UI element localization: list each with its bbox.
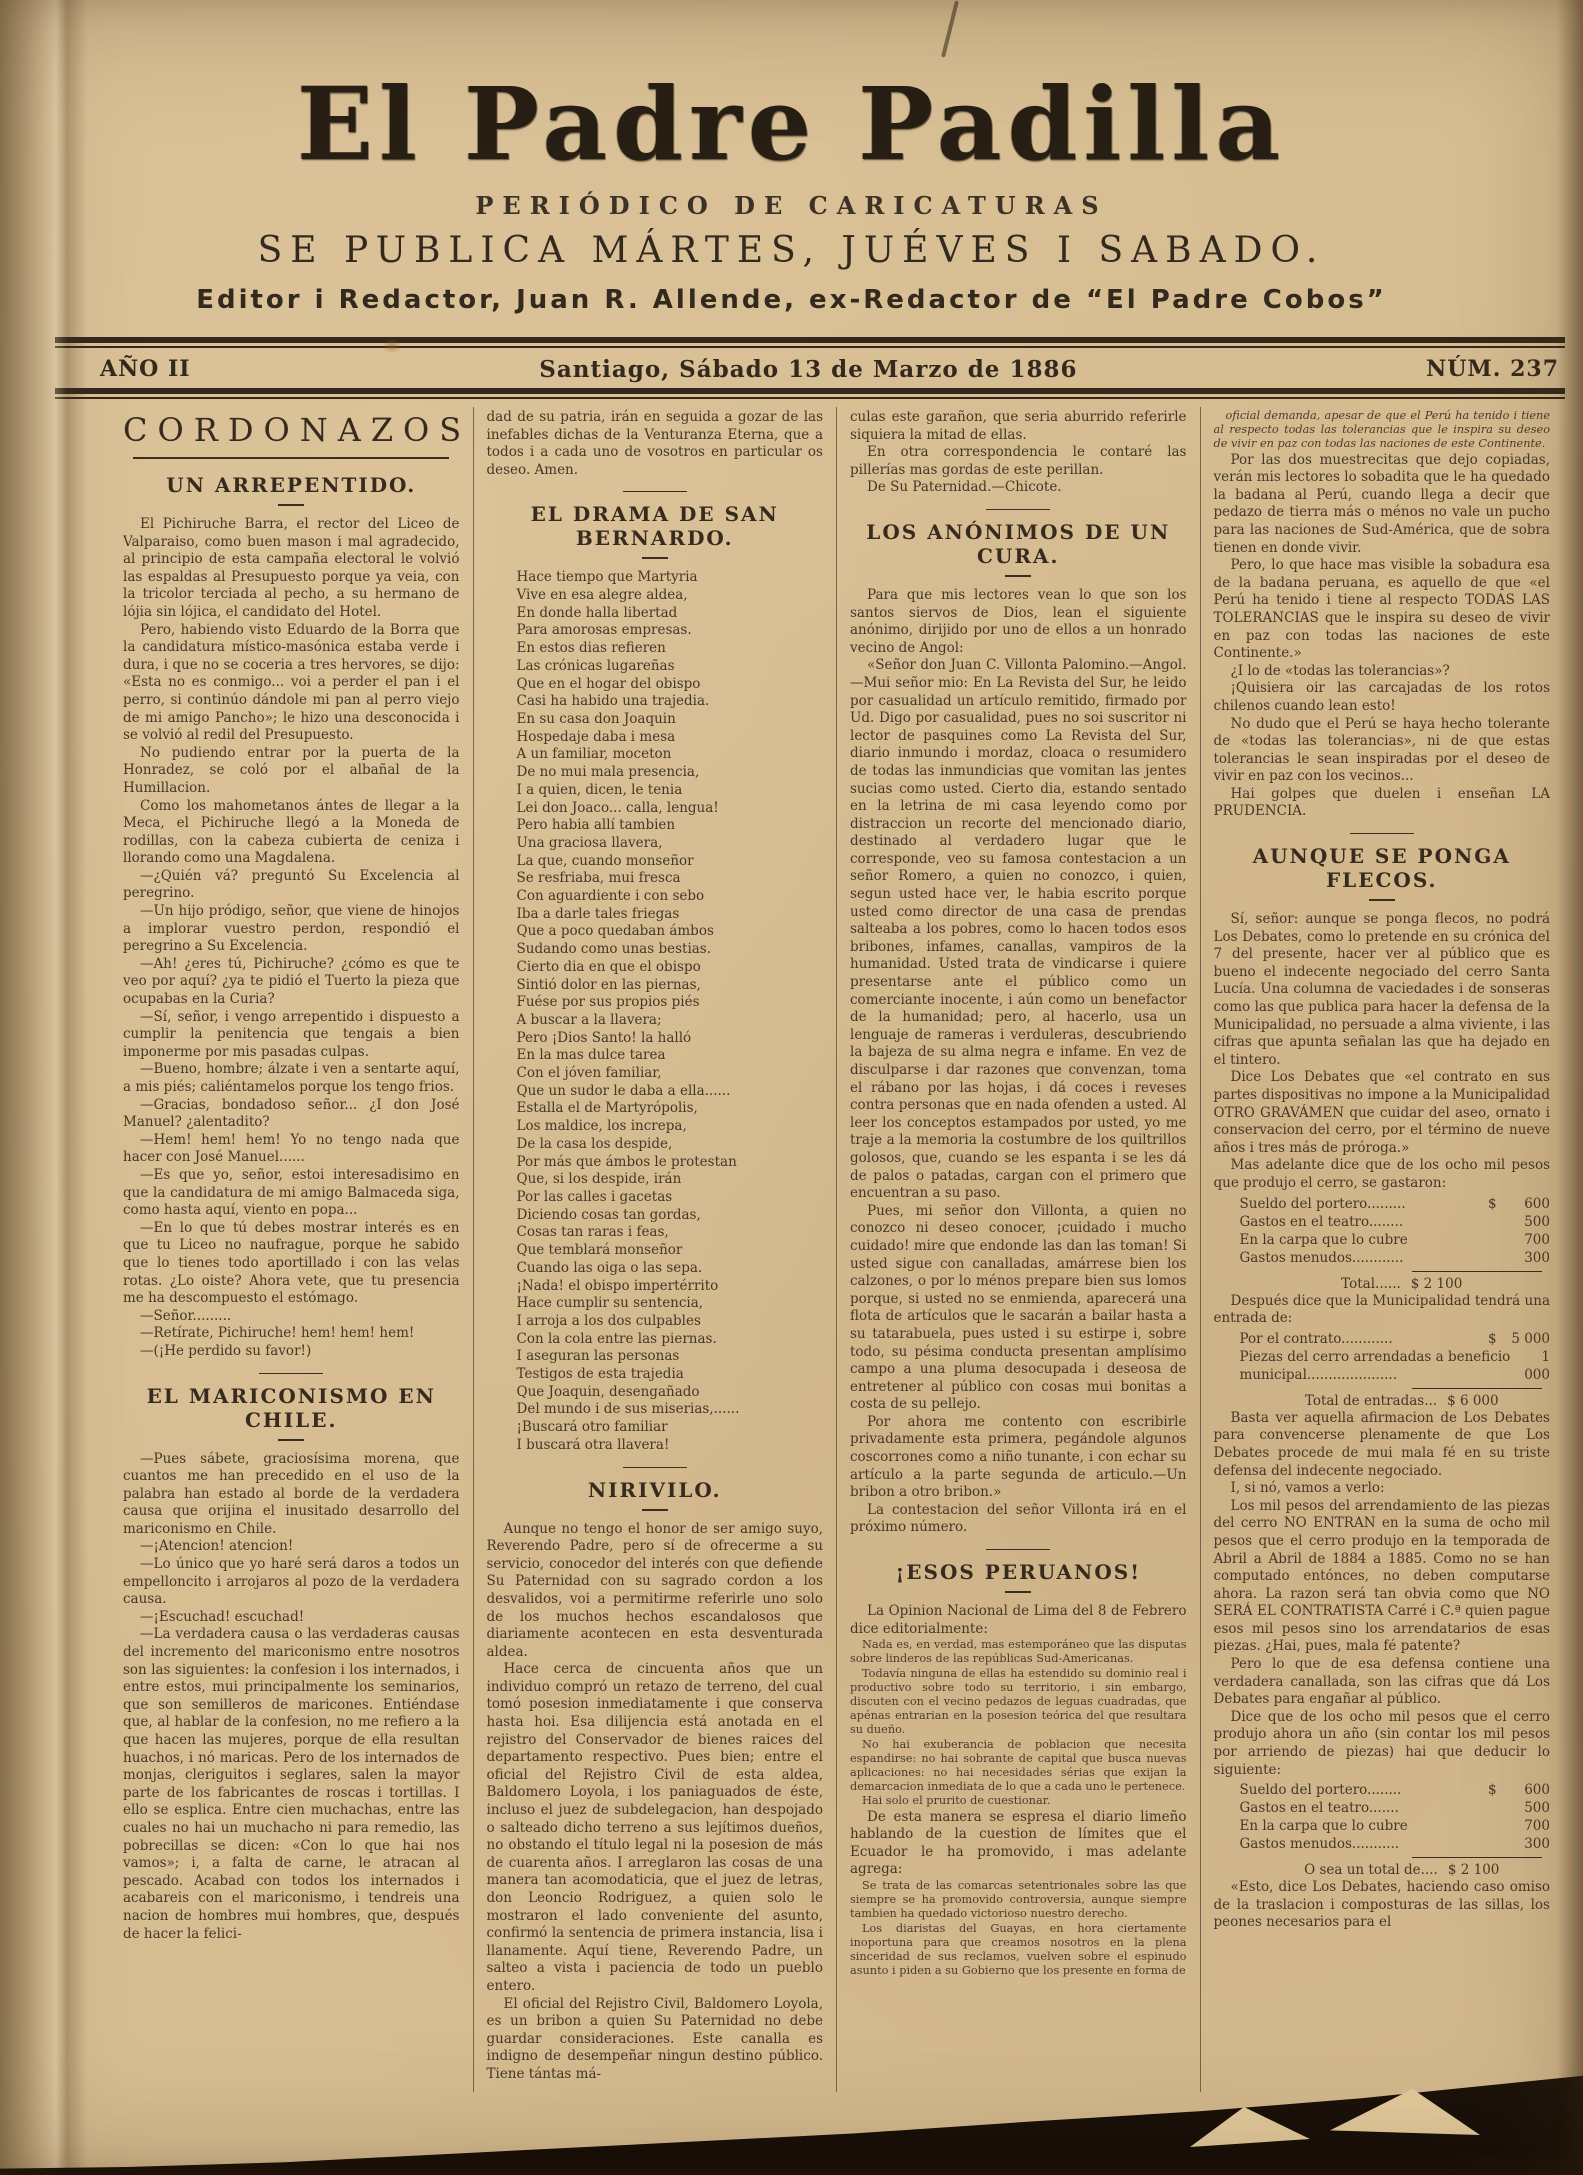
paper-subtitle: PERIÓDICO DE CARICATURAS — [0, 191, 1583, 220]
top-rule — [55, 337, 1565, 348]
ledger-label: Gastos menudos........... — [1240, 1835, 1489, 1853]
ledger-currency: $ — [1488, 1330, 1504, 1348]
ledger-label: En la carpa que lo cubre — [1240, 1231, 1489, 1249]
ledger-total: Total......$ 2 100 — [1214, 1275, 1551, 1293]
paragraph: «Señor don Juan C. Villonta Palomino.—An… — [850, 657, 1187, 1202]
column-2: dad de su patria, irán en seguida a goza… — [473, 407, 837, 2092]
paragraph: Sí, señor: aunque se ponga flecos, no po… — [1214, 911, 1551, 1069]
dateline: AÑO II Santiago, Sábado 13 de Marzo de 1… — [100, 352, 1559, 386]
paragraph: —Ah! ¿eres tú, Pichiruche? ¿cómo es que … — [123, 956, 460, 1009]
verse-line: Que, si los despide, irán — [487, 1171, 824, 1189]
ledger-label: Por el contrato............ — [1240, 1330, 1489, 1348]
fine-print-paragraph: Todavía ninguna de ellas ha estendido su… — [850, 1667, 1187, 1738]
ledger-label: Gastos en el teatro........ — [1240, 1213, 1489, 1231]
ledger-label: Piezas del cerro arrendadas a beneficio … — [1240, 1348, 1512, 1384]
paragraph: De Su Paternidad.—Chicote. — [850, 479, 1187, 497]
section-title: ¡ESOS PERUANOS! — [850, 1560, 1187, 1584]
verse-line: De no mui mala presencia, — [487, 764, 824, 782]
paragraph: Como los mahometanos ántes de llegar a l… — [123, 798, 460, 868]
paragraph: Hai golpes que duelen i enseñan LA PRUDE… — [1214, 786, 1551, 821]
ledger-row: Gastos menudos............300 — [1214, 1249, 1551, 1267]
paragraph: En otra correspondencia le contaré las p… — [850, 444, 1187, 479]
ledger-amount: 600 — [1504, 1195, 1550, 1213]
ledger-currency: $ — [1488, 1195, 1504, 1213]
paragraph: Mas adelante dice que de los ocho mil pe… — [1214, 1157, 1551, 1192]
verse-line: Testigos de esta trajedia — [487, 1366, 824, 1384]
verse-line: Sintió dolor en las piernas, — [487, 977, 824, 995]
column-3: culas este garañon, que seria aburrido r… — [836, 407, 1200, 2092]
ledger-row: Por el contrato............$5 000 — [1214, 1330, 1551, 1348]
verse-line: Una graciosa llavera, — [487, 835, 824, 853]
verse-line: Diciendo cosas tan gordas, — [487, 1207, 824, 1225]
paragraph: El oficial del Rejistro Civil, Baldomero… — [487, 1996, 824, 2084]
section-dash — [278, 504, 304, 506]
paragraph: Basta ver aquella afirmacion de Los Deba… — [1214, 1410, 1551, 1480]
fine-print-paragraph: No hai exuberancia de poblacion que nece… — [850, 1738, 1187, 1795]
paragraph: —(¡He perdido su favor!) — [123, 1343, 460, 1361]
paragraph: Dice que de los ocho mil pesos que el ce… — [1214, 1709, 1551, 1779]
paragraph: —¡Atencion! atencion! — [123, 1538, 460, 1556]
paragraph: La Opinion Nacional de Lima del 8 de Feb… — [850, 1603, 1187, 1638]
paragraph: Hace cerca de cincuenta años que un indi… — [487, 1661, 824, 1995]
paragraph: —Sí, señor, i vengo arrepentido i dispue… — [123, 1009, 460, 1062]
continuation-paragraph: culas este garañon, que seria aburrido r… — [850, 409, 1187, 444]
verse-line: Hace tiempo que Martyria — [487, 569, 824, 587]
ledger-amount: 5 000 — [1504, 1330, 1550, 1348]
verse-line: Cuando las oiga o las sepa. — [487, 1260, 824, 1278]
paragraph: ¿I lo de «todas las tolerancias»? — [1214, 663, 1551, 681]
paragraph: —Un hijo pródigo, señor, que viene de hi… — [123, 903, 460, 956]
paper-title: El Padre Padilla — [0, 0, 1583, 177]
ledger-total-amount: $ 6 000 — [1447, 1393, 1499, 1409]
verse-line: Con el jóven familiar, — [487, 1065, 824, 1083]
ledger-currency: $ — [1488, 1781, 1504, 1799]
ledger-total-label: Total...... — [1341, 1276, 1401, 1292]
ledger-amount: 1 000 — [1521, 1348, 1550, 1384]
ledger-row: Gastos menudos...........300 — [1214, 1835, 1551, 1853]
verse-line: I a quien, dicen, le tenia — [487, 782, 824, 800]
verse-line: Hospedaje daba i mesa — [487, 729, 824, 747]
ledger-row: En la carpa que lo cubre700 — [1214, 1231, 1551, 1249]
ledger-total-amount: $ 2 100 — [1411, 1276, 1463, 1292]
section-title: NIRIVILO. — [487, 1478, 824, 1502]
verse-line: La que, cuando monseñor — [487, 853, 824, 871]
section-divider — [623, 1467, 687, 1468]
verse-line: Los maldice, los increpa, — [487, 1118, 824, 1136]
verse-line: Iba a darle tales friegas — [487, 906, 824, 924]
paper-stain — [382, 338, 402, 354]
title-rule — [133, 457, 449, 459]
bottom-rule — [55, 388, 1565, 399]
ledger-amount: 300 — [1504, 1835, 1550, 1853]
verse-line: Hace cumplir su sentencia, — [487, 1295, 824, 1313]
section-divider — [623, 491, 687, 492]
column-4: oficial demanda, apesar de que el Perú h… — [1200, 407, 1564, 2092]
paragraph: Pero lo que de esa defensa contiene una … — [1214, 1656, 1551, 1709]
paragraph: Por ahora me contento con escribirle pri… — [850, 1414, 1187, 1502]
paragraph: De esta manera se espresa el diario lime… — [850, 1809, 1187, 1879]
ledger-row: En la carpa que lo cubre700 — [1214, 1817, 1551, 1835]
ledger-amount: 600 — [1504, 1781, 1550, 1799]
verse-line: I buscará otra llavera! — [487, 1437, 824, 1455]
paragraph: —Hem! hem! hem! Yo no tengo nada que hac… — [123, 1132, 460, 1167]
paragraph: —Es que yo, señor, estoi interesadisimo … — [123, 1167, 460, 1220]
paragraph: Pero, lo que hace mas visible la sobadur… — [1214, 557, 1551, 663]
verse-line: Que un sudor le daba a ella...... — [487, 1083, 824, 1101]
verse-line: Con la cola entre las piernas. — [487, 1331, 824, 1349]
issue-number: NÚM. 237 — [1426, 356, 1559, 382]
verse-line: A un familiar, moceton — [487, 746, 824, 764]
section-title: LOS ANÓNIMOS DE UN CURA. — [850, 520, 1187, 568]
verse-line: Las crónicas lugareñas — [487, 658, 824, 676]
article-title: CORDONAZOS. — [123, 411, 460, 449]
ledger-total-rule — [1412, 1388, 1542, 1389]
section-divider — [986, 509, 1050, 510]
verse-line: Con aguardiente i con sebo — [487, 888, 824, 906]
newspaper-page: { "masthead": { "title": "El Padre Padil… — [0, 0, 1583, 2175]
verse-line: Lei don Joaco... calla, lengua! — [487, 800, 824, 818]
ledger-row: Piezas del cerro arrendadas a beneficio … — [1214, 1348, 1551, 1384]
paragraph: Aunque no tengo el honor de ser amigo su… — [487, 1521, 824, 1662]
paragraph: Por las dos muestrecitas que dejo copiad… — [1214, 452, 1551, 558]
verse-line: I aseguran las personas — [487, 1348, 824, 1366]
section-dash — [1005, 575, 1031, 577]
verse-line: Por más que ámbos le protestan — [487, 1154, 824, 1172]
section-dash — [642, 557, 668, 559]
ledger-amount: 500 — [1504, 1213, 1550, 1231]
verse-line: Que Joaquin, desengañado — [487, 1384, 824, 1402]
ledger-total: O sea un total de....$ 2 100 — [1214, 1861, 1551, 1879]
paragraph: —Retírate, Pichiruche! hem! hem! hem! — [123, 1325, 460, 1343]
ledger-label: Gastos en el teatro....... — [1240, 1799, 1489, 1817]
verse-line: En su casa don Joaquin — [487, 711, 824, 729]
section-dash — [1369, 899, 1395, 901]
verse-line: Pero ¡Dios Santo! la halló — [487, 1030, 824, 1048]
ledger-amount: 700 — [1504, 1231, 1550, 1249]
verse-line: En estos dias refieren — [487, 640, 824, 658]
paragraph: Pues, mi señor don Villonta, a quien no … — [850, 1203, 1187, 1414]
ledger-total-rule — [1412, 1857, 1542, 1858]
paragraph: Pero, habiendo visto Eduardo de la Borra… — [123, 622, 460, 745]
paragraph: —¡Escuchad! escuchad! — [123, 1609, 460, 1627]
ledger-total: Total de entradas...$ 6 000 — [1214, 1392, 1551, 1410]
ledger-total-rule — [1412, 1271, 1542, 1272]
section-title: UN ARREPENTIDO. — [123, 473, 460, 497]
ledger-label: Sueldo del portero......... — [1240, 1195, 1489, 1213]
ledger-total-label: Total de entradas... — [1305, 1393, 1437, 1409]
section-divider — [259, 1373, 323, 1374]
fine-print-italic-paragraph: oficial demanda, apesar de que el Perú h… — [1214, 409, 1551, 452]
paragraph: Dice Los Debates que «el contrato en sus… — [1214, 1069, 1551, 1157]
paragraph: I, si nó, vamos a verlo: — [1214, 1480, 1551, 1498]
ledger-row: Gastos en el teatro........500 — [1214, 1213, 1551, 1231]
masthead: El Padre Padilla PERIÓDICO DE CARICATURA… — [0, 0, 1583, 315]
section-dash — [278, 1439, 304, 1441]
paragraph: —En lo que tú debes mostrar interés es e… — [123, 1220, 460, 1308]
ledger-total-amount: $ 2 100 — [1448, 1862, 1500, 1878]
paragraph: —Pues sábete, graciosísima morena, que c… — [123, 1451, 460, 1539]
verse-line: Casi ha habido una trajedia. — [487, 693, 824, 711]
verse-line: Para amorosas empresas. — [487, 622, 824, 640]
date-label: Santiago, Sábado 13 de Marzo de 1886 — [539, 356, 1077, 383]
ledger-row: Gastos en el teatro.......500 — [1214, 1799, 1551, 1817]
ledger-label: En la carpa que lo cubre — [1240, 1817, 1489, 1835]
ledger-row: Sueldo del portero........$600 — [1214, 1781, 1551, 1799]
section-title: AUNQUE SE PONGA FLECOS. — [1214, 844, 1551, 892]
editor-line: Editor i Redactor, Juan R. Allende, ex-R… — [0, 285, 1583, 315]
verse-line: Por las calles i gacetas — [487, 1189, 824, 1207]
verse-line: Que en el hogar del obispo — [487, 676, 824, 694]
year-label: AÑO II — [100, 356, 191, 382]
verse-line: En la mas dulce tarea — [487, 1047, 824, 1065]
section-title: EL DRAMA DE SAN BERNARDO. — [487, 502, 824, 550]
ledger-amount: 500 — [1504, 1799, 1550, 1817]
section-dash — [1005, 1591, 1031, 1593]
verse-line: De la casa los despide, — [487, 1136, 824, 1154]
verse-line: Se resfriaba, mui fresca — [487, 870, 824, 888]
verse-line: Que temblará monseñor — [487, 1242, 824, 1260]
fine-print-paragraph: Se trata de las comarcas setentrionales … — [850, 1879, 1187, 1922]
fine-print-paragraph: Los diaristas del Guayas, en hora cierta… — [850, 1922, 1187, 1979]
paper-left-edge — [0, 0, 112, 2175]
ledger-amount: 700 — [1504, 1817, 1550, 1835]
section-divider — [1350, 833, 1414, 834]
section-title: EL MARICONISMO EN CHILE. — [123, 1384, 460, 1432]
ledger-amount: 300 — [1504, 1249, 1550, 1267]
column-1: CORDONAZOS.UN ARREPENTIDO.El Pichiruche … — [110, 407, 473, 2092]
ledger: Sueldo del portero.........$600Gastos en… — [1214, 1195, 1551, 1267]
ledger: Por el contrato............$5 000Piezas … — [1214, 1330, 1551, 1384]
article-columns: CORDONAZOS.UN ARREPENTIDO.El Pichiruche … — [110, 407, 1563, 2092]
paragraph: «Esto, dice Los Debates, haciendo caso o… — [1214, 1879, 1551, 1932]
paragraph: La contestacion del señor Villonta irá e… — [850, 1502, 1187, 1537]
paragraph: El Pichiruche Barra, el rector del Liceo… — [123, 516, 460, 622]
verse-line: Que a poco quedaban ámbos — [487, 923, 824, 941]
ledger-row: Sueldo del portero.........$600 — [1214, 1195, 1551, 1213]
verse-line: Pero habia allí tambien — [487, 817, 824, 835]
ledger-label: Sueldo del portero........ — [1240, 1781, 1489, 1799]
verse-line: Vive en esa alegre aldea, — [487, 587, 824, 605]
paragraph: —Señor......... — [123, 1308, 460, 1326]
verse-line: Del mundo i de sus miserias,...... — [487, 1401, 824, 1419]
ledger-label: Gastos menudos............ — [1240, 1249, 1489, 1267]
paragraph: Los mil pesos del arrendamiento de las p… — [1214, 1498, 1551, 1656]
paragraph: —Gracias, bondadoso señor... ¿I don José… — [123, 1097, 460, 1132]
paragraph: —Bueno, hombre; álzate i ven a sentarte … — [123, 1061, 460, 1096]
paragraph: No dudo que el Perú se haya hecho tolera… — [1214, 716, 1551, 786]
section-dash — [642, 1509, 668, 1511]
paragraph: Para que mis lectores vean lo que son lo… — [850, 587, 1187, 657]
verse-line: ¡Nada! el obispo impertérrito — [487, 1278, 824, 1296]
verse-line: Estalla el de Martyrópolis, — [487, 1100, 824, 1118]
verse-line: En donde halla libertad — [487, 605, 824, 623]
paragraph: —La verdadera causa o las verdaderas cau… — [123, 1626, 460, 1943]
publication-schedule: SE PUBLICA MÁRTES, JUÉVES I SABADO. — [0, 230, 1583, 271]
ledger-total-label: O sea un total de.... — [1304, 1862, 1438, 1878]
verse-line: ¡Buscará otro familiar — [487, 1419, 824, 1437]
verse-line: Cierto dia en que el obispo — [487, 959, 824, 977]
verse-line: I arroja a los dos culpables — [487, 1313, 824, 1331]
verse-line: A buscar a la llavera; — [487, 1012, 824, 1030]
verse-line: Fuése por sus propios piés — [487, 994, 824, 1012]
continuation-paragraph: dad de su patria, irán en seguida a goza… — [487, 409, 824, 479]
paragraph: No pudiendo entrar por la puerta de la H… — [123, 745, 460, 798]
paragraph: —¿Quién vá? preguntó Su Excelencia al pe… — [123, 868, 460, 903]
section-divider — [986, 1549, 1050, 1550]
verse-line: Sudando como unas bestias. — [487, 941, 824, 959]
fine-print-paragraph: Nada es, en verdad, mas estemporáneo que… — [850, 1638, 1187, 1666]
paragraph: —Lo único que yo haré será daros a todos… — [123, 1556, 460, 1609]
verse-line: Cosas tan raras i feas, — [487, 1224, 824, 1242]
paragraph: ¡Quisiera oir las carcajadas de los roto… — [1214, 680, 1551, 715]
ledger: Sueldo del portero........$600Gastos en … — [1214, 1781, 1551, 1853]
fine-print-paragraph: Hai solo el prurito de cuestionar. — [850, 1794, 1187, 1808]
paragraph: Después dice que la Municipalidad tendrá… — [1214, 1293, 1551, 1328]
